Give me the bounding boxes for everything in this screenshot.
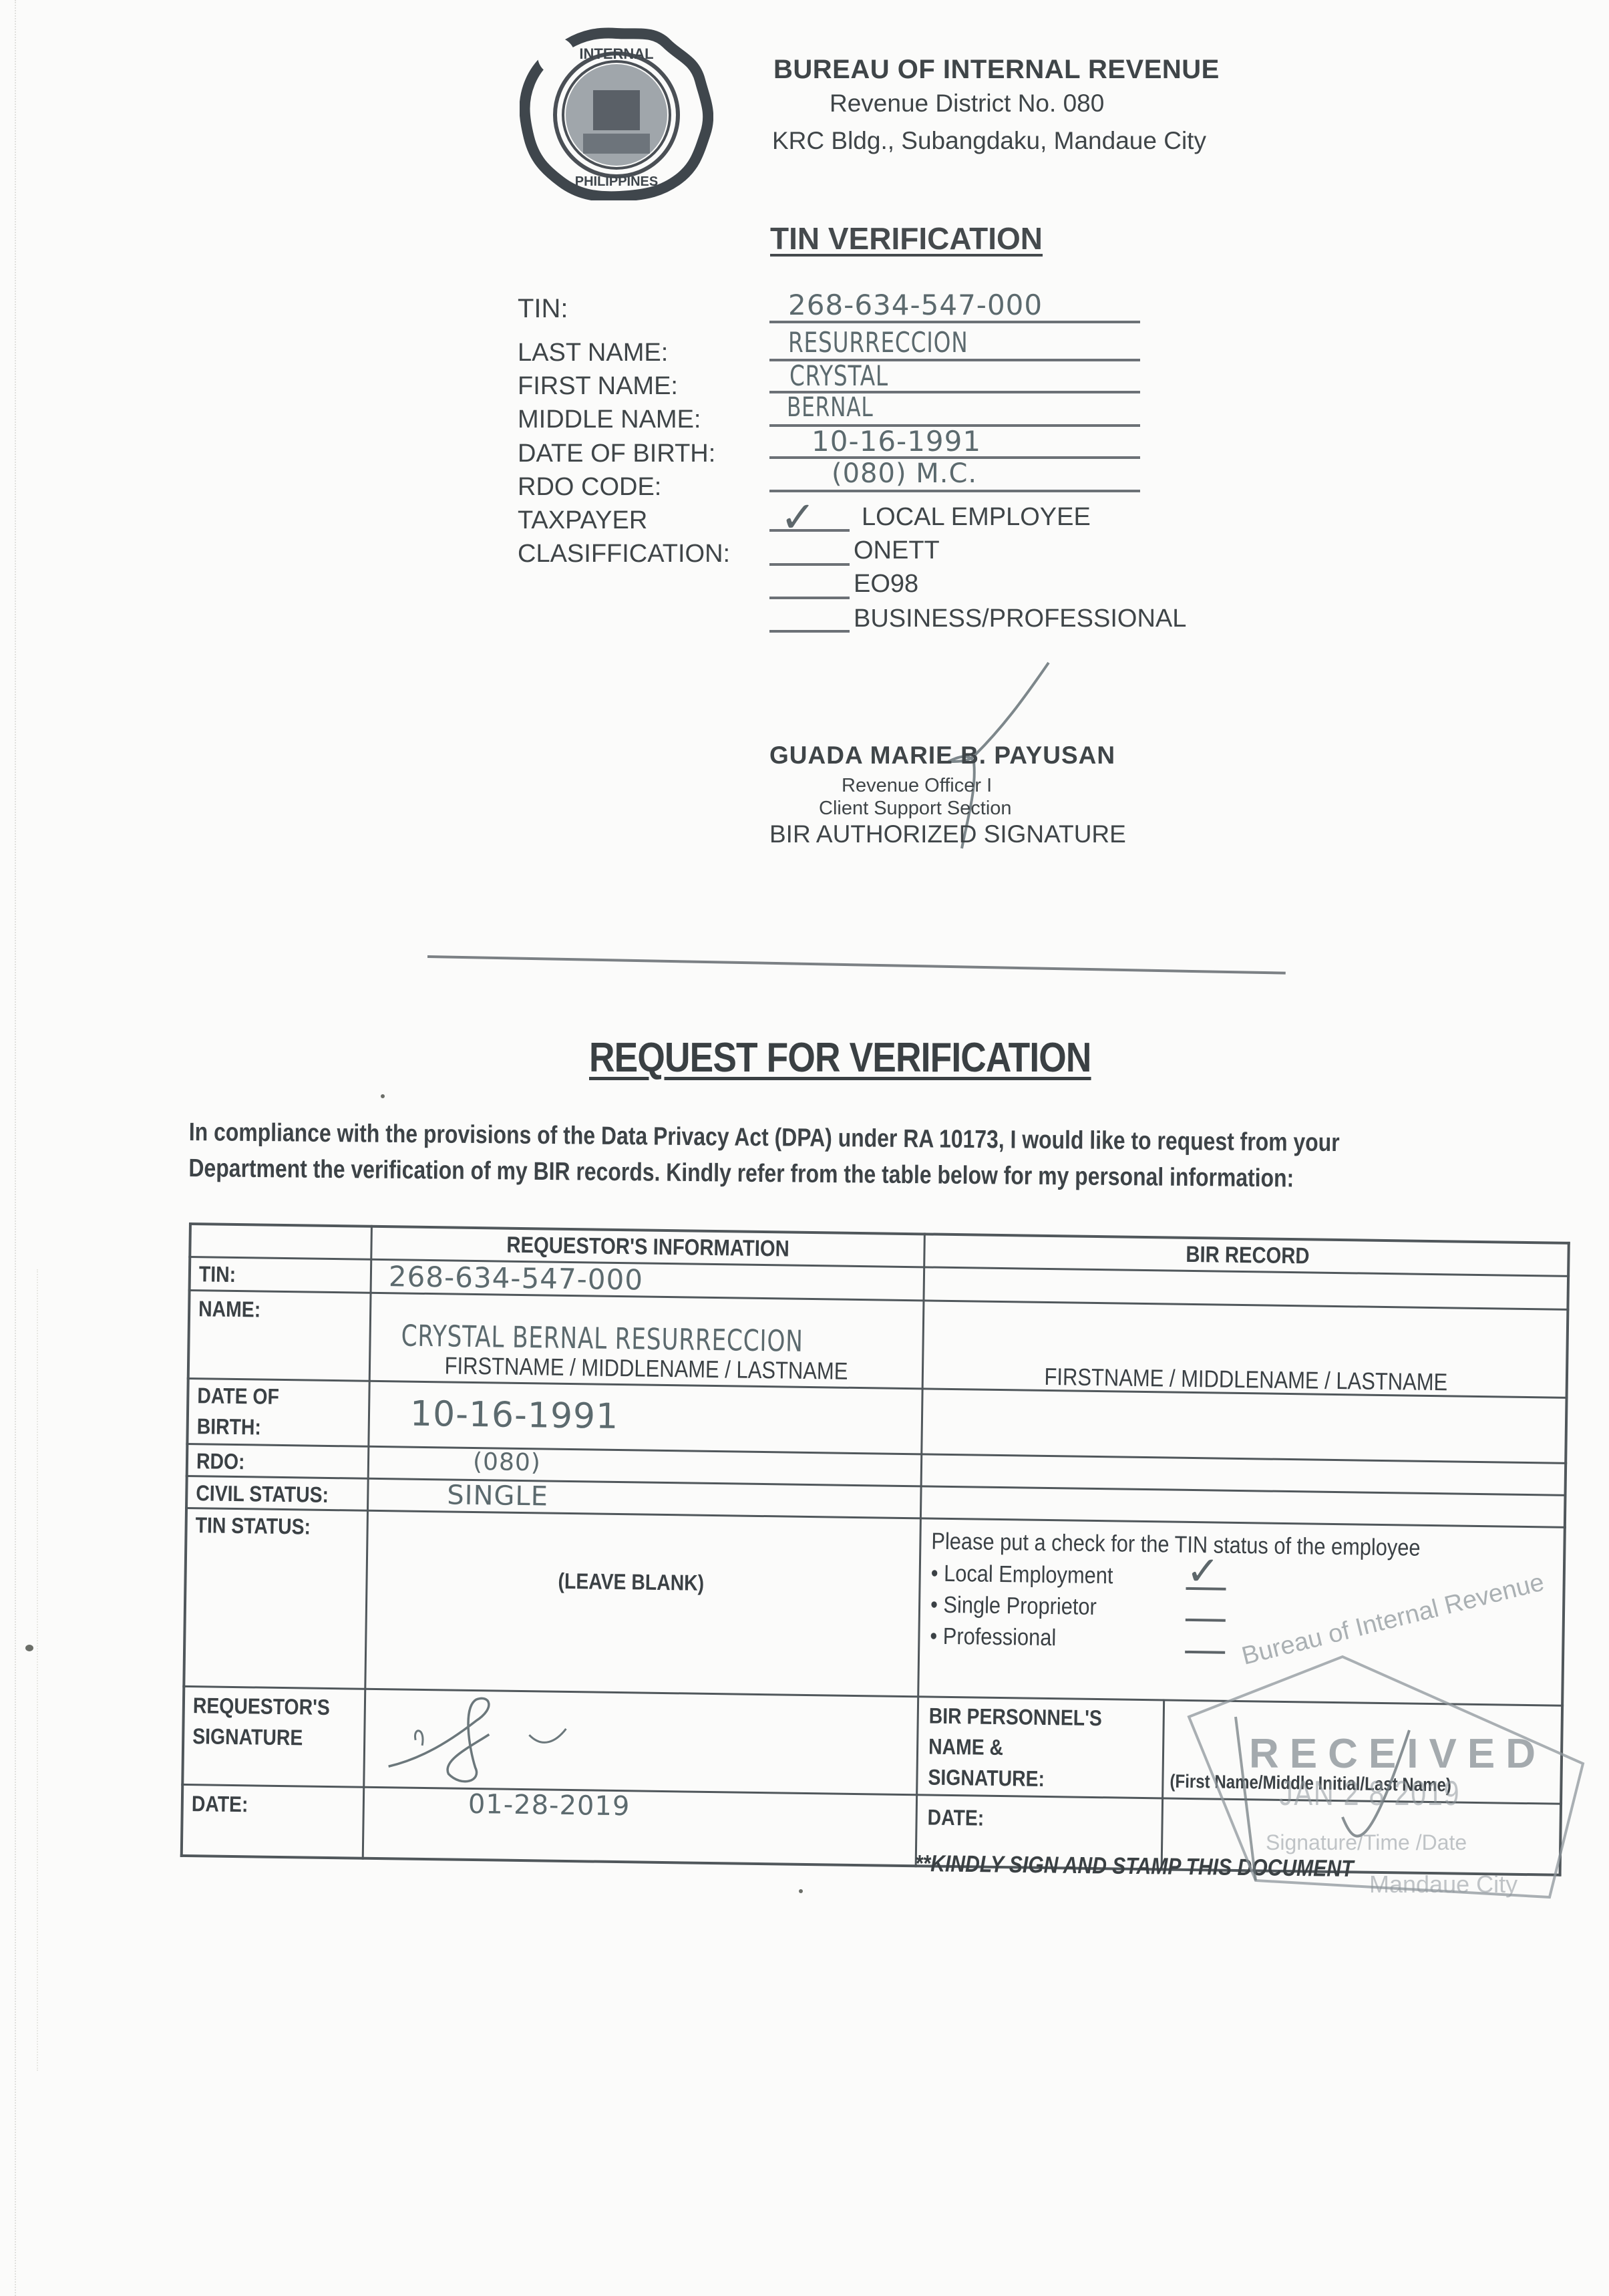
requestor-rdo-value: (080) <box>473 1448 541 1476</box>
row-label-name: NAME: <box>198 1293 261 1325</box>
row-label-dob-line: DATE OF <box>197 1380 279 1412</box>
check-mark-icon: ✓ <box>780 493 816 542</box>
stamp-city: Mandaue City <box>1369 1870 1517 1899</box>
officer-name: GUADA MARIE B. PAYUSAN <box>769 742 1115 770</box>
tin-verification-title: TIN VERIFICATION <box>770 220 1043 257</box>
row-label-line: SIGNATURE <box>192 1721 330 1754</box>
requestor-tin-value: 268-634-547-000 <box>389 1260 644 1296</box>
handwritten-date-of-birth: 10-16-1991 <box>812 425 981 458</box>
row-label-tin: TIN: <box>199 1259 236 1290</box>
requestor-dob-value: 10-16-1991 <box>410 1394 619 1437</box>
row-label-bir-personnel: BIR PERSONNEL'S NAME & SIGNATURE: <box>928 1701 1102 1796</box>
table-border <box>180 1222 192 1857</box>
received-stamp: Bureau of Internal Revenue RECEIVED JAN … <box>1176 1630 1590 1911</box>
field-line <box>769 490 1140 492</box>
svg-text:INTERNAL: INTERNAL <box>579 45 653 62</box>
row-label-bir-date: DATE: <box>927 1802 984 1834</box>
request-intro: In compliance with the provisions of the… <box>188 1114 1580 1199</box>
label-first-name: FIRST NAME: <box>518 372 678 401</box>
row-label-dob-line: BIRTH: <box>196 1411 279 1443</box>
stamp-status: RECEIVED <box>1249 1730 1546 1778</box>
requestor-name-hint: FIRSTNAME / MIDDLENAME / LASTNAME <box>409 1351 884 1386</box>
label-rdo-code: RDO CODE: <box>518 473 661 502</box>
label-last-name: LAST NAME: <box>518 339 668 367</box>
row-label-tin-status: TIN STATUS: <box>195 1510 311 1542</box>
table-border <box>362 1225 373 1860</box>
option-eo98: EO98 <box>854 570 918 599</box>
tin-status-option-sole: • Single Proprietor <box>930 1589 1097 1623</box>
option-label: Local Employment <box>944 1561 1113 1589</box>
handwritten-first-name: CRYSTAL <box>789 359 888 392</box>
scan-speck <box>25 1645 33 1651</box>
option-line[interactable] <box>1186 1619 1226 1622</box>
scan-speck <box>381 1094 385 1098</box>
label-taxpayer: TAXPAYER <box>518 506 647 535</box>
leave-blank-note: (LEAVE BLANK) <box>367 1566 918 1599</box>
scan-speck <box>799 1889 803 1893</box>
option-local-employee: LOCAL EMPLOYEE <box>862 503 1091 532</box>
agency-address: KRC Bldg., Subangdaku, Mandaue City <box>772 127 1206 155</box>
tin-status-option-professional: • Professional <box>930 1621 1056 1654</box>
requestor-date-value: 01-28-2019 <box>468 1789 631 1822</box>
bir-dob-field[interactable] <box>922 1389 1564 1461</box>
requestor-signature <box>375 1693 616 1790</box>
option-business-professional: BUSINESS/PROFESSIONAL <box>854 605 1186 633</box>
table-border <box>915 1233 926 1867</box>
stamp-signature-time-date: Signature/Time /Date <box>1266 1830 1467 1855</box>
row-label-line: SIGNATURE: <box>928 1762 1101 1796</box>
officer-position: Revenue Officer I <box>842 775 992 797</box>
row-label-dob: DATE OF BIRTH: <box>196 1380 279 1443</box>
row-label-civil-status: CIVIL STATUS: <box>196 1478 329 1510</box>
tin-status-option-local: • Local Employment <box>930 1558 1113 1592</box>
row-label-line: REQUESTOR'S <box>193 1690 331 1723</box>
option-line <box>769 597 850 599</box>
page-edge <box>15 0 17 2296</box>
option-label: Single Proprietor <box>943 1592 1097 1620</box>
header-requestor-info: REQUESTOR'S INFORMATION <box>411 1231 885 1264</box>
handwritten-rdo-code: (080) M.C. <box>832 458 977 489</box>
authorized-signature-label: BIR AUTHORIZED SIGNATURE <box>769 820 1126 848</box>
row-label-date: DATE: <box>192 1788 248 1820</box>
request-title: REQUEST FOR VERIFICATION <box>589 1034 1091 1082</box>
handwritten-tin: 268-634-547-000 <box>788 289 1043 321</box>
handwritten-last-name: RESURRECCION <box>788 326 968 359</box>
check-mark-icon: ✓ <box>1186 1548 1220 1595</box>
officer-section: Client Support Section <box>819 798 1012 820</box>
requestor-civil-status-value: SINGLE <box>447 1480 548 1512</box>
bir-seal-icon: INTERNAL PHILIPPINES <box>520 27 713 200</box>
agency-name: BUREAU OF INTERNAL REVENUE <box>773 55 1220 85</box>
row-label-rdo: RDO: <box>196 1446 245 1477</box>
label-date-of-birth: DATE OF BIRTH: <box>518 440 715 468</box>
page-edge <box>37 1269 39 2071</box>
label-middle-name: MIDDLE NAME: <box>518 405 701 434</box>
handwritten-middle-name: BERNAL <box>787 392 874 423</box>
option-onett: ONETT <box>854 536 940 565</box>
section-divider <box>427 955 1286 975</box>
label-classification: CLASIFFICATION: <box>518 540 730 568</box>
district-name: Revenue District No. 080 <box>830 90 1104 118</box>
row-label-line: BIR PERSONNEL'S <box>928 1701 1102 1734</box>
leave-blank-text: (LEAVE BLANK) <box>558 1569 705 1596</box>
row-label-line: NAME & <box>928 1732 1102 1765</box>
option-label: Professional <box>943 1623 1057 1651</box>
row-label-requestor-signature: REQUESTOR'S SIGNATURE <box>192 1690 330 1754</box>
stamp-date: JAN 2 8 2019 <box>1279 1774 1460 1814</box>
svg-text:PHILIPPINES: PHILIPPINES <box>575 174 658 189</box>
label-tin: TIN: <box>518 294 568 324</box>
option-line <box>769 563 850 566</box>
option-line <box>769 630 850 633</box>
